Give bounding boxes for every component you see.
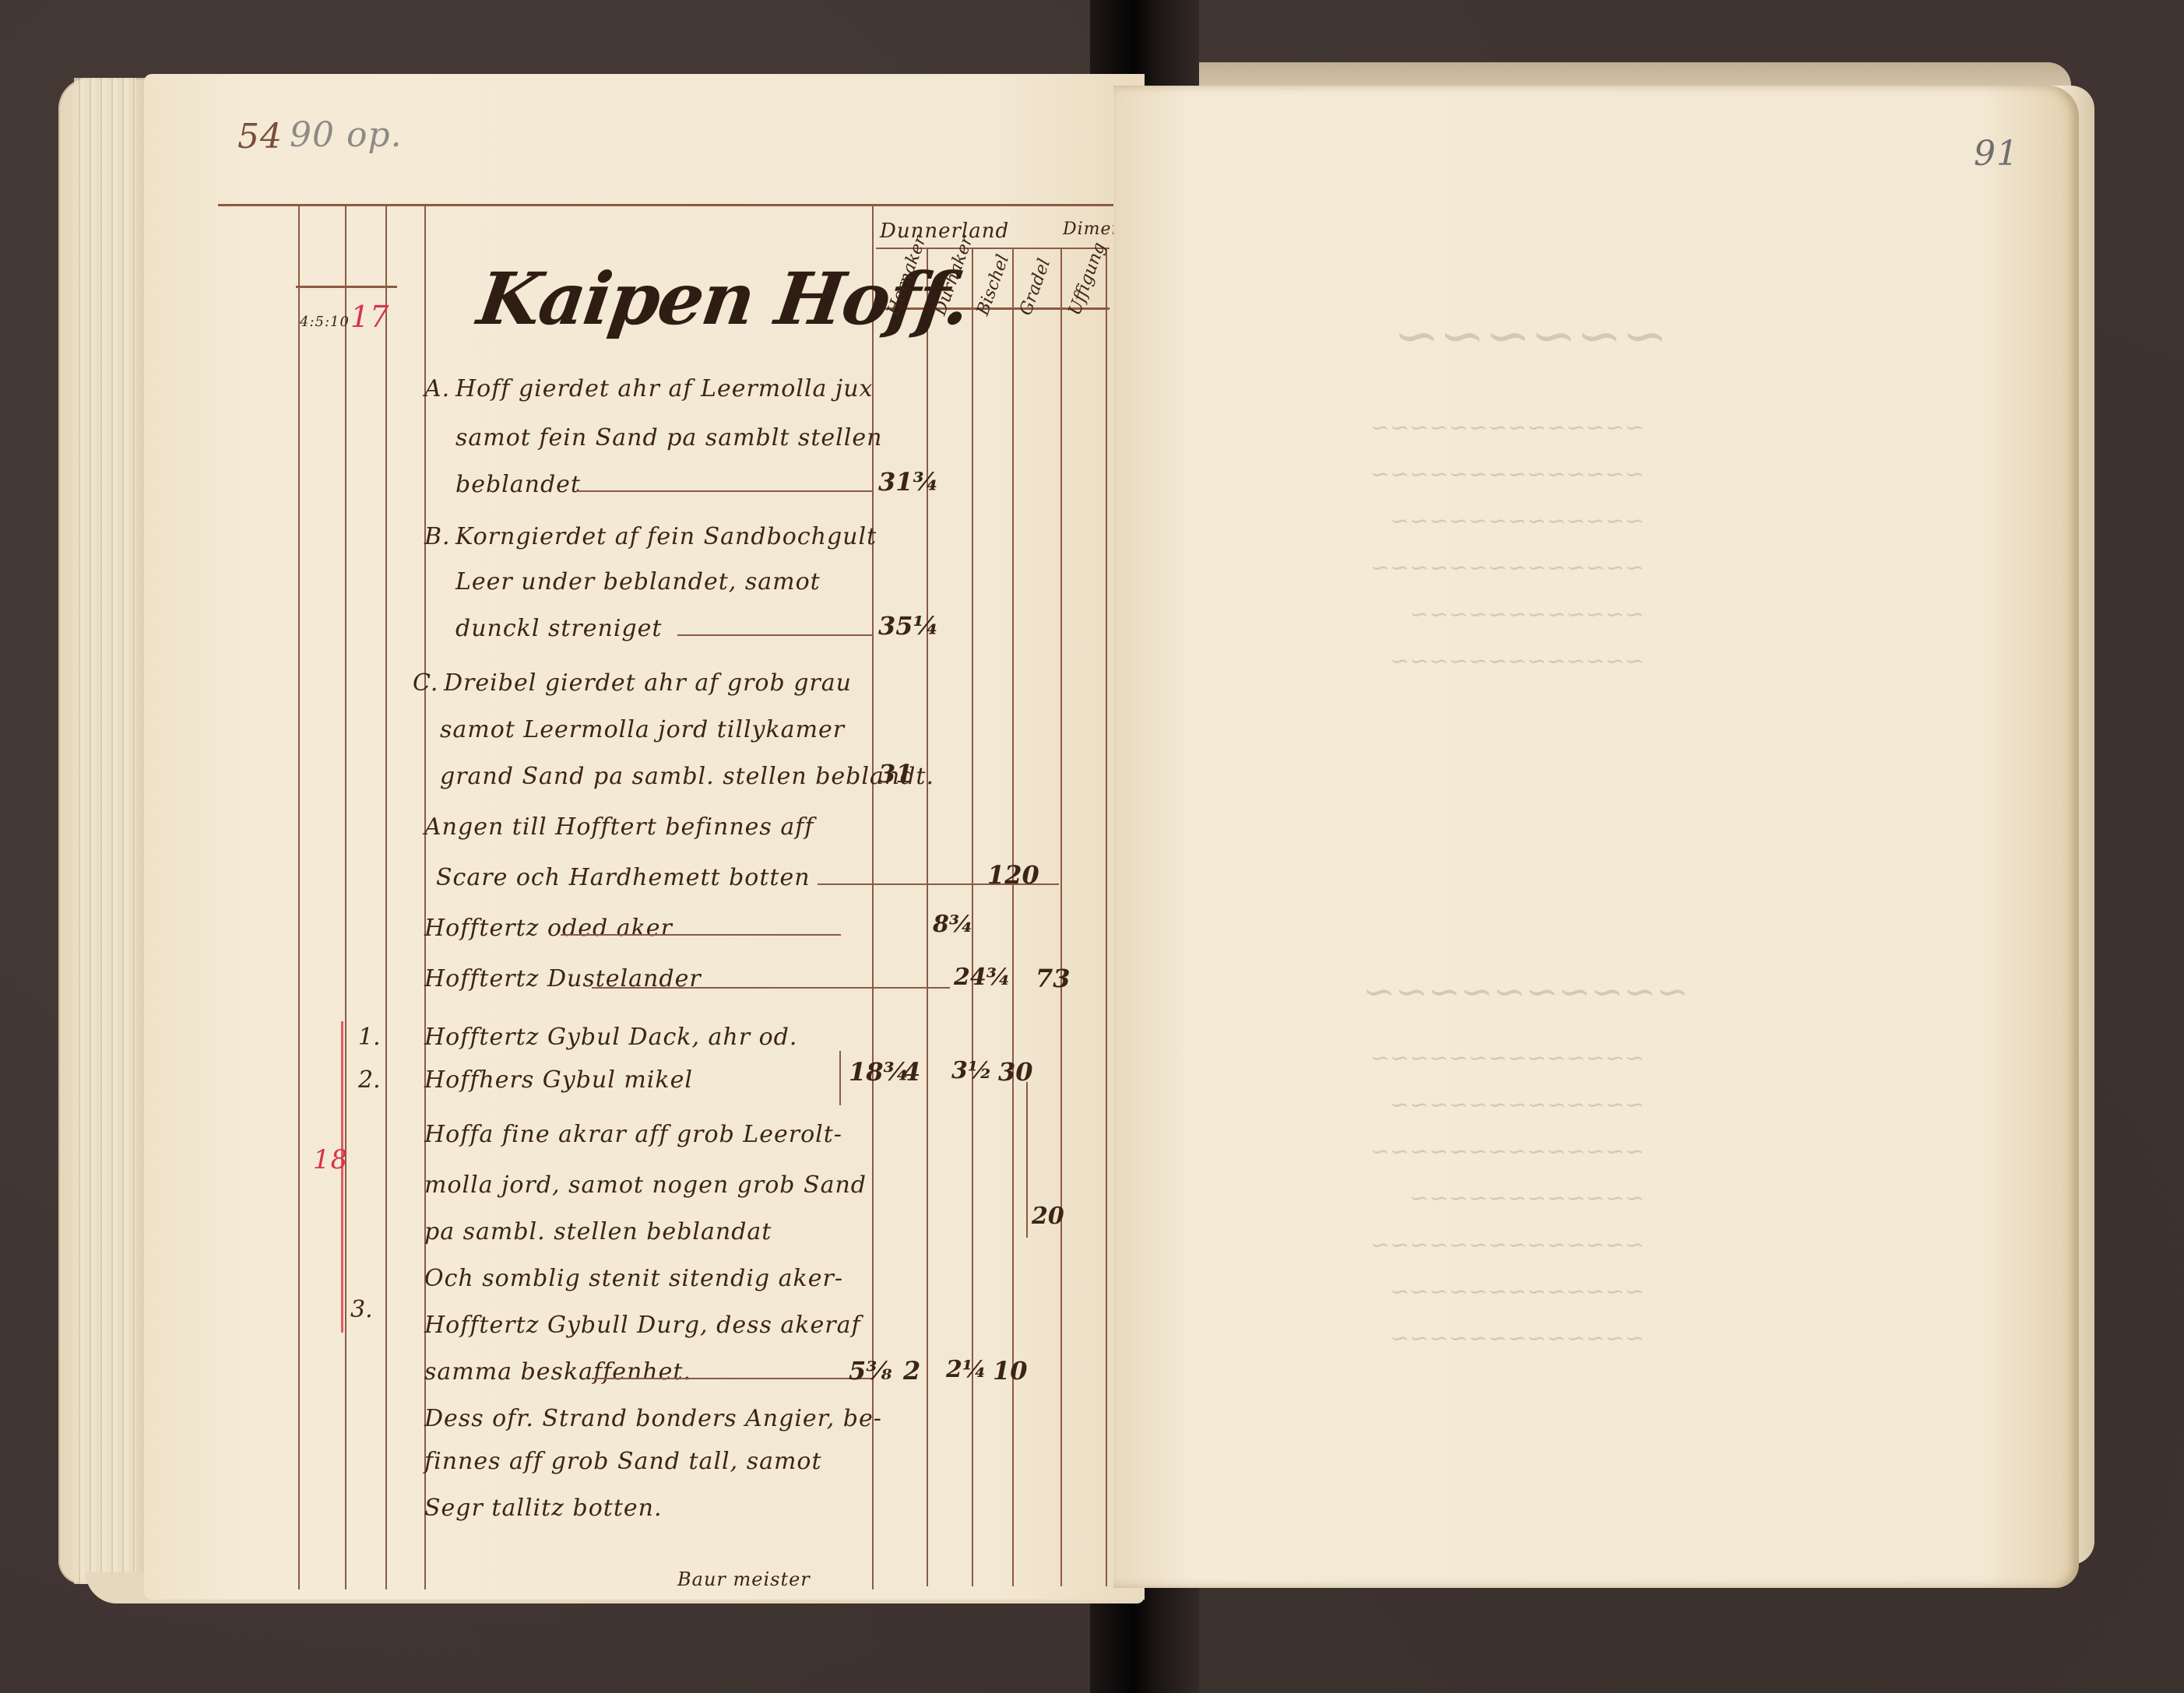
- column-group-1-label: Dunnerland: [880, 220, 1009, 243]
- entry-b-line-2: Leer under beblandet, samot: [455, 568, 821, 595]
- red-number-top: 17: [350, 300, 389, 334]
- bleed-through-title: ~~~~~~: [1394, 304, 1668, 367]
- entry-hoffa-line-1: Hoffa fine akrar aff grob Leerolt-: [424, 1121, 842, 1148]
- entry-b-line-1: Korngierdet af fein Sandbochgult: [455, 523, 877, 550]
- entry-a-label: A.: [424, 375, 450, 402]
- value-col-rule-3: [1012, 248, 1014, 1586]
- entry-c-line-2: samot Leermolla jord tillykamer: [440, 716, 845, 743]
- entry-hoffa-value: 20: [1032, 1203, 1064, 1230]
- entry-3-label: 3.: [350, 1296, 373, 1323]
- entry-b-value: 35¼: [878, 611, 939, 641]
- entry-closing-line-3: Segr tallitz botten.: [424, 1495, 663, 1522]
- entry-2-label: 2.: [358, 1066, 381, 1094]
- entry-angen-value: 120: [987, 860, 1039, 890]
- entry-angen-line-2: Scare och Hardhemett botten: [436, 864, 811, 891]
- entry-dustelander-value-2: 73: [1036, 964, 1071, 993]
- entry-1-line: Hofftertz Gybul Dack, ahr od.: [424, 1024, 797, 1051]
- entry-angen-line-1: Angen till Hofftert befinnes aff: [424, 813, 814, 841]
- entry-3-value-2: 2: [903, 1356, 920, 1386]
- header-rule-top: [218, 204, 1113, 206]
- entry-3-value-3: 2¼: [946, 1356, 986, 1383]
- entry-3-value-4: 10: [993, 1356, 1028, 1386]
- entry-oded-value: 8¾: [933, 911, 973, 938]
- margin-rule-3: [385, 204, 387, 1589]
- entry-3-value-1: 5⅜: [849, 1356, 892, 1386]
- value-col-rule-4: [1060, 248, 1062, 1586]
- signature: Baur meister: [677, 1568, 811, 1590]
- entry-3-leader: [592, 1378, 872, 1379]
- hoffa-bracket: [1026, 1082, 1028, 1238]
- entry-c-line-3: grand Sand pa sambl. stellen beblandt.: [440, 763, 934, 790]
- entry-3-line-3: samma beskaffenhet.: [424, 1358, 691, 1386]
- entry-b-label: B.: [424, 523, 451, 550]
- entry-a-value: 31¾: [878, 467, 939, 497]
- entry-2-value-3: 3½: [951, 1057, 992, 1084]
- pencil-folio-left: 54: [237, 117, 283, 156]
- entry-hoffa-line-3: pa sambl. stellen beblandat: [424, 1218, 772, 1245]
- entry-1-label: 1.: [358, 1024, 381, 1051]
- entry-2-value-2: 4: [903, 1057, 920, 1087]
- entry-closing-line-2: finnes aff grob Sand tall, samot: [424, 1448, 822, 1475]
- entry-a-line-1: Hoff gierdet ahr af Leermolla jux: [455, 375, 873, 402]
- entry-oded-aker: Hofftertz oded aker: [424, 915, 673, 942]
- entry-3-line-1: Och somblig stenit sitendig aker-: [424, 1265, 843, 1292]
- entry-a-line-3: beblandet: [455, 471, 581, 498]
- bleed-through-heading-2: ~~~~~~~~~~: [1363, 969, 1689, 1014]
- margin-rule-2: [345, 204, 346, 1589]
- red-number-bracket: 18: [313, 1144, 348, 1175]
- entry-3-line-2: Hofftertz Gybull Durg, dess akeraf: [424, 1312, 861, 1339]
- entry-dustelander-value-1: 24¾: [954, 964, 1011, 991]
- entry-a-line-2: samot fein Sand pa samblt stellen: [455, 424, 882, 451]
- bleed-through-block-1: ~~~~~~~~~~~~~~~~~~~~~~~~~~~~~~~~~~~~~~~~…: [1370, 405, 1644, 685]
- pencil-folio-right: 91: [1974, 134, 2019, 174]
- entry-c-label: C.: [413, 669, 438, 697]
- entry-closing-line-1: Dess ofr. Strand bonders Angier, be-: [424, 1405, 882, 1432]
- entry-dustelander-leader: [592, 987, 950, 989]
- entry-oded-leader: [561, 934, 841, 936]
- bracket-vertical: [839, 1051, 841, 1105]
- entry-a-leader: [576, 490, 872, 492]
- entry-c-line-1: Dreibel gierdet ahr af grob grau: [444, 669, 852, 697]
- entry-c-value: 31: [878, 759, 913, 789]
- red-bracket-line: [341, 1021, 343, 1333]
- entry-2-line: Hoffhers Gybul mikel: [424, 1066, 693, 1094]
- entry-b-line-3: dunckl streniget: [455, 615, 662, 642]
- value-col-rule-1: [927, 248, 928, 1586]
- value-col-rule-5: [1106, 248, 1107, 1586]
- entry-hoffa-line-2: molla jord, samot nogen grob Sand: [424, 1171, 867, 1199]
- pencil-note: 90 op.: [290, 115, 403, 155]
- margin-rule-1: [298, 204, 300, 1589]
- marginal-reference: 4:5:10: [300, 314, 350, 330]
- entry-b-leader: [677, 634, 872, 636]
- bleed-through-block-2: ~~~~~~~~~~~~~~~~~~~~~~~~~~~~~~~~~~~~~~~~…: [1370, 1035, 1644, 1362]
- entry-2-value-1: 18¾: [849, 1057, 909, 1087]
- header-rule-ref: [296, 286, 397, 288]
